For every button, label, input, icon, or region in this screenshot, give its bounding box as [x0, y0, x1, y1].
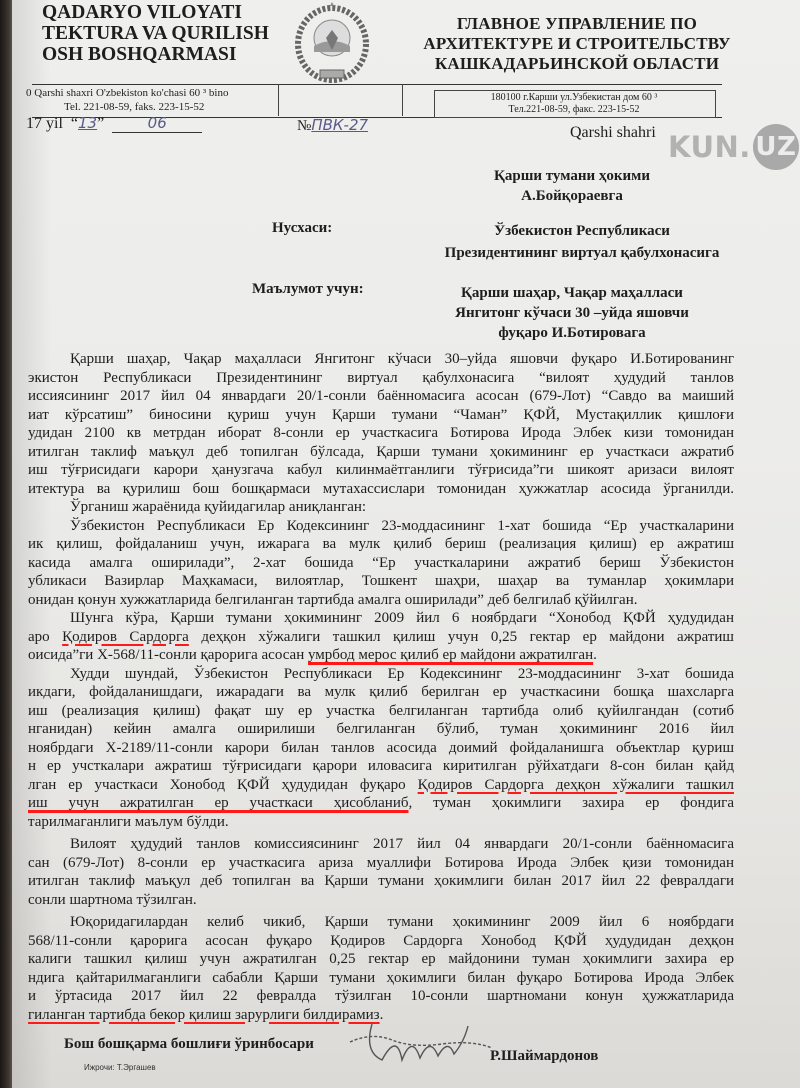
text-fragment: оисида”ги Х-568/11-сонли қарорига асосан — [28, 647, 308, 663]
letter-date: 17 yil “13” 06 — [26, 114, 202, 133]
text-line: иссиясининг 2017 йил 04 январдаги 20/1-с… — [28, 387, 734, 406]
text-line: итектура ва қурилиш бош бошқармаси мутах… — [28, 480, 734, 499]
text-line: оисида”ги Х-568/11-сонли қарорига асосан… — [28, 646, 734, 665]
address-line: Tel. 221-08-59, faks. 223-15-52 — [26, 100, 276, 114]
executor-note: Ижрочи: Т.Эргашев — [84, 1063, 156, 1072]
letter-body: Қарши шаҳар, Чақар маҳалласи Янгитонг кў… — [28, 350, 734, 1024]
address-line: 180100 г.Карши ул.Узбекистан дом 60 ³ — [434, 92, 714, 104]
letterhead-latin-line: QADARYO VILOYATI — [42, 2, 282, 23]
text-line: Вилоят ҳудудий танлов комиссиясининг 201… — [28, 835, 734, 854]
letterhead-cyrillic: ГЛАВНОЕ УПРАВЛЕНИЕ ПО АРХИТЕКТУРЕ И СТРО… — [417, 14, 737, 74]
city: Qarshi shahri — [570, 124, 656, 142]
divider — [278, 84, 279, 116]
text-line: Ўрганиш жараёнида қуйидагилар аниқланган… — [28, 498, 734, 517]
text-line: Қарши шаҳар, Чақар маҳалласи Янгитонг кў… — [28, 350, 734, 369]
watermark-circle: UZ — [753, 124, 799, 170]
letterhead-cyrillic-line: КАШКАДАРЬИНСКОЙ ОБЛАСТИ — [417, 54, 737, 74]
watermark-circle-text: UZ — [755, 132, 796, 162]
text-line: иш (реализация қилиш) фақат шу ер участк… — [28, 702, 734, 721]
text-line: и ўртасида 2017 йил 22 февралда тўзилган… — [28, 987, 734, 1006]
address-latin: 0 Qarshi shaxri O'zbekiston ko'chasi 60 … — [26, 86, 276, 114]
info-label: Маълумот учун: — [252, 281, 364, 298]
addressee: Қарши тумани ҳокими А.Бойқораевга — [422, 166, 722, 206]
copy-label: Нусхаси: — [272, 220, 332, 237]
divider — [402, 84, 403, 116]
state-emblem-icon — [286, 2, 378, 84]
text-line: тарилмаганлиги маълум бўлди. — [28, 813, 734, 832]
watermark-dot: . — [739, 130, 751, 164]
date-month: 06 — [112, 114, 202, 133]
paragraph-1: Қарши шаҳар, Чақар маҳалласи Янгитонг кў… — [28, 350, 734, 498]
copy-recipient: Ўзбекистон Республикаси Президентининг в… — [432, 220, 732, 264]
text-line: иш тўғрисидаги карори ҳанузгача кабул ки… — [28, 461, 734, 480]
text-line: Шунга кўра, Қарши тумани ҳокимининг 2009… — [28, 609, 734, 628]
address-line: Тел.221-08-59, факс. 223-15-52 — [434, 104, 714, 116]
text-line: икдаги, фойдаланишдаги, ижарадаги ва мул… — [28, 683, 734, 702]
text-line: калиги ташкил қилиш учун ажратилган 0,25… — [28, 950, 734, 969]
text-line: Юқоридагилардан келиб чикиб, Қарши туман… — [28, 913, 734, 932]
highlighted-text: Қодиров Сардорга — [62, 629, 189, 645]
text-fragment: аро — [28, 629, 62, 645]
letterhead-latin: QADARYO VILOYATI TEKTURA VA QURILISH OSH… — [42, 2, 282, 65]
paragraph-3: Ўзбекистон Республикаси Ер Кодексининг 2… — [28, 517, 734, 610]
paragraph-5: Худди шундай, Ўзбекистон Республикаси Ер… — [28, 665, 734, 832]
info-recipient: Қарши шаҳар, Чақар маҳалласи Янгитонг кў… — [412, 283, 732, 343]
text-line: нганидан) кейин амалга оширилиши белгила… — [28, 720, 734, 739]
text-line: 568/11-сонли қарорига асосан фуқаро Қоди… — [28, 932, 734, 951]
highlighted-text: гиланган тартибда бекор қилиш зарурлиги … — [28, 1007, 380, 1023]
text-line: ноябрдаги Х-2189/11-сонли карори билан т… — [28, 739, 734, 758]
addressee-line: Қарши тумани ҳокими — [422, 166, 722, 186]
paragraph-4: Шунга кўра, Қарши тумани ҳокимининг 2009… — [28, 609, 734, 665]
text-line: иат кўрсатиш” биносини қуриш учун Қарши … — [28, 406, 734, 425]
letter-number: №ПВК-27 — [297, 116, 368, 135]
number-value: ПВК-27 — [311, 116, 368, 134]
text-line: иш учун ажратилган ер участкаси ҳисоблан… — [28, 794, 734, 813]
kun-uz-watermark: KUN.UZ — [668, 124, 799, 170]
signatory-title: Бош бошқарма бошлиғи ўринбосари — [64, 1036, 314, 1053]
paragraph-2: Ўрганиш жараёнида қуйидагилар аниқланган… — [28, 498, 734, 517]
letterhead-cyrillic-line: ГЛАВНОЕ УПРАВЛЕНИЕ ПО — [417, 14, 737, 34]
copy-line: Ўзбекистон Республикаси — [432, 220, 732, 242]
text-line: ндига қайтарилмаганлиги сабабли Қарши ту… — [28, 969, 734, 988]
text-fragment: , туман ҳокимлиги захира ер фондига — [408, 795, 734, 811]
text-line: итилган таклиф маъқул деб топилган бўлса… — [28, 443, 734, 462]
text-line: убликаси Вазирлар Маҳкамаси, вилоятлар, … — [28, 572, 734, 591]
text-line: онидан қонун хужжатларида белгиланган та… — [28, 591, 734, 610]
text-line: Ўзбекистон Республикаси Ер Кодексининг 2… — [28, 517, 734, 536]
letterhead-cyrillic-line: АРХИТЕКТУРЕ И СТРОИТЕЛЬСТВУ — [417, 34, 737, 54]
highlighted-text: умрбод мерос қилиб ер майдони ажратилган — [308, 647, 593, 663]
info-line: фуқаро И.Ботировага — [412, 323, 732, 343]
paragraph-7: Юқоридагилардан келиб чикиб, Қарши туман… — [28, 913, 734, 1024]
text-line: касида амалга оширилади”, 2-хат бошида “… — [28, 554, 734, 573]
text-fragment: лган ер участкаси Хонобод ҚФЙ ҳудудидан … — [28, 777, 418, 793]
number-label: № — [297, 118, 311, 134]
text-line: аро Қодиров Сардорга деҳқон хўжалиги таш… — [28, 628, 734, 647]
address-cyrillic: 180100 г.Карши ул.Узбекистан дом 60 ³ Те… — [434, 92, 714, 116]
highlighted-text: иш учун ажратилган ер участкаси ҳисоблан… — [28, 795, 408, 811]
address-line: 0 Qarshi shaxri O'zbekiston ko'chasi 60 … — [26, 86, 276, 100]
info-line: Қарши шаҳар, Чақар маҳалласи — [412, 283, 732, 303]
text-fragment: . — [593, 647, 597, 663]
addressee-line: А.Бойқораевга — [422, 186, 722, 206]
text-line: н ер учсткалари ажратиш тўғрисидаги қаро… — [28, 757, 734, 776]
signatory-name: Р.Шаймардонов — [490, 1048, 598, 1065]
text-line: итилган таклиф маъқул деб топилган ва Қа… — [28, 872, 734, 891]
watermark-text: KUN — [668, 130, 739, 164]
info-line: Янгитонг кўчаси 30 –уйда яшовчи — [412, 303, 732, 323]
paragraph-6: Вилоят ҳудудий танлов комиссиясининг 201… — [28, 835, 734, 909]
text-line: лган ер участкаси Хонобод ҚФЙ ҳудудидан … — [28, 776, 734, 795]
text-line: сан (679-Лот) 8-сонли ер участкасига ари… — [28, 854, 734, 873]
date-day: 13 — [78, 114, 97, 132]
highlighted-text: Қодиров Сардорга деҳқон хўжалиги ташкил — [418, 777, 734, 793]
date-year: 17 yil — [26, 115, 63, 132]
text-fragment: деҳқон хўжалиги ташкил қилиш учун 0,25 г… — [189, 629, 734, 645]
text-line: ик қилиш, фойдаланиш учун, ижарага ва му… — [28, 535, 734, 554]
text-line: сонли шартнома тўзилган. — [28, 891, 734, 910]
letterhead-latin-line: OSH BOSHQARMASI — [42, 44, 282, 65]
copy-line: Президентининг виртуал қабулхонасига — [432, 242, 732, 264]
document-page: QADARYO VILOYATI TEKTURA VA QURILISH OSH… — [12, 0, 800, 1088]
text-line: экистон Республикаси Президентининг вирт… — [28, 369, 734, 388]
handwritten-signature-icon — [342, 1012, 502, 1072]
text-line: Худди шундай, Ўзбекистон Республикаси Ер… — [28, 665, 734, 684]
text-line: удидан 2100 кв метрдан иборат 8-сонли ер… — [28, 424, 734, 443]
letterhead-latin-line: TEKTURA VA QURILISH — [42, 23, 282, 44]
